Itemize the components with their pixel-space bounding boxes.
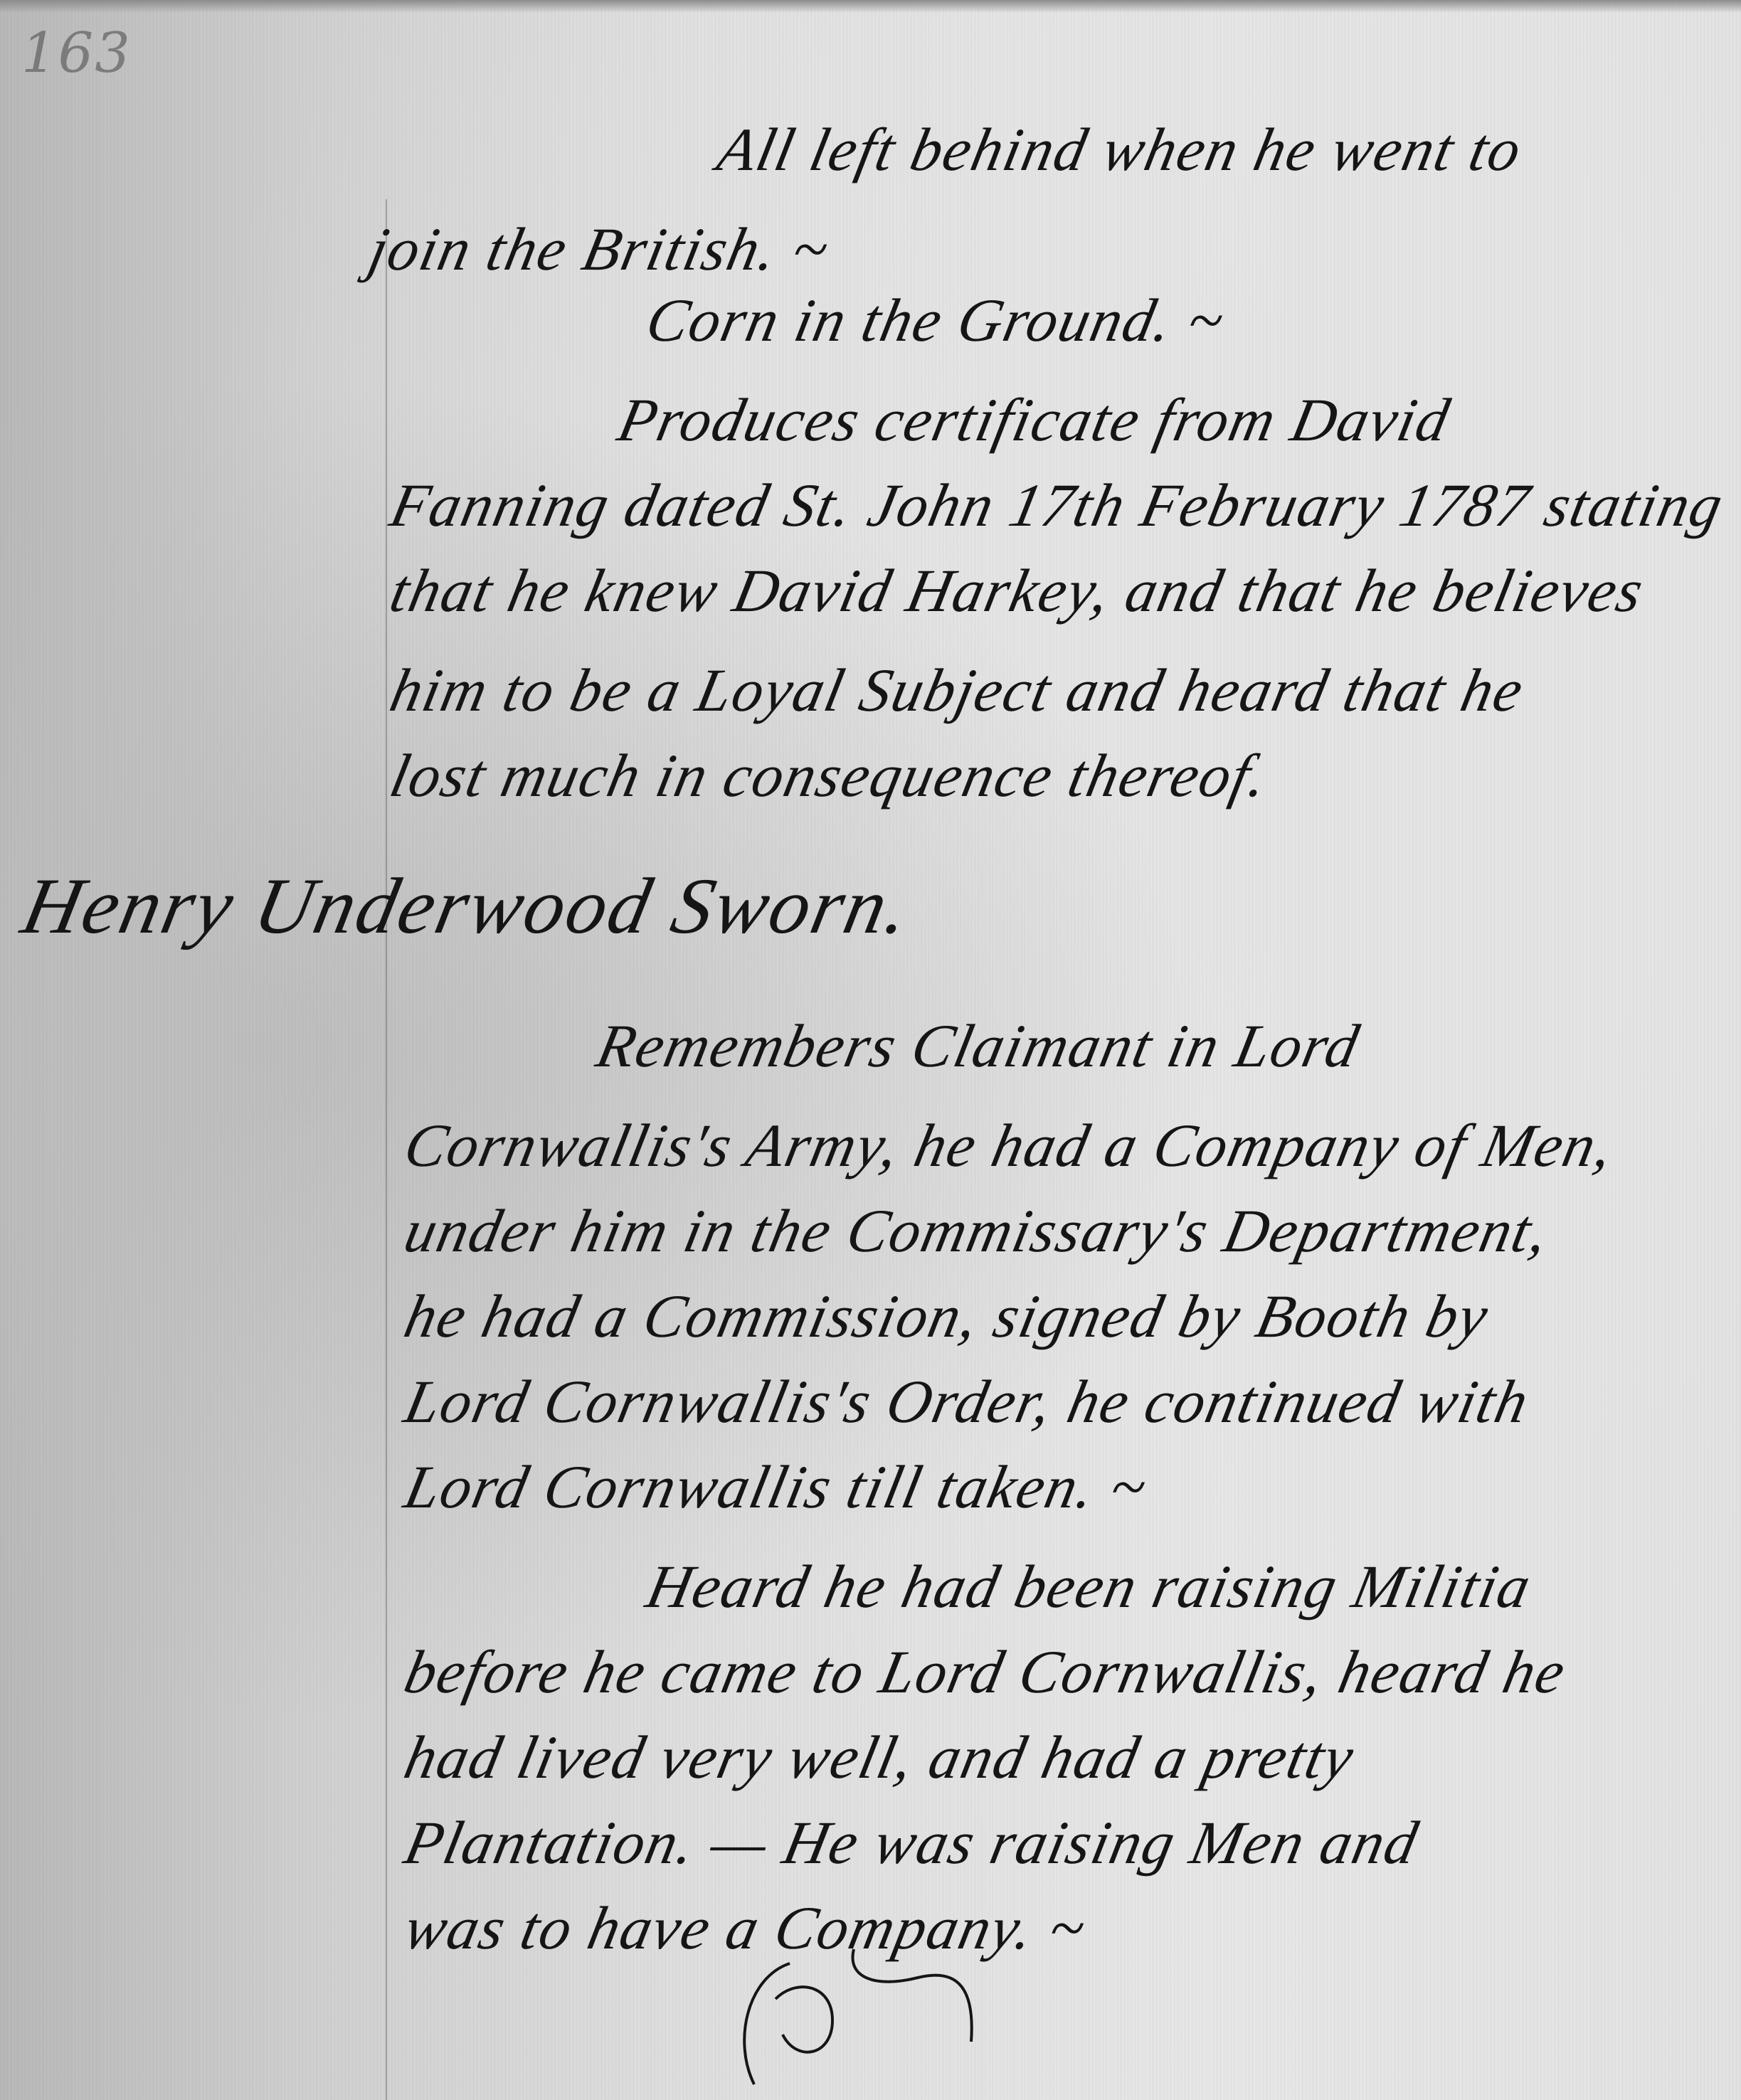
- page-top-edge: [0, 0, 1741, 13]
- testimony-line: had lived very well, and had a pretty: [398, 1722, 1361, 1793]
- testimony-line: Remembers Claimant in Lord: [591, 1010, 1366, 1081]
- page-number: 163: [21, 21, 132, 85]
- testimony-line: under him in the Commissary's Department…: [398, 1195, 1556, 1266]
- closing-flourish-icon: [733, 1935, 1103, 2099]
- testimony-line: he had a Commission, signed by Booth by: [398, 1280, 1496, 1352]
- entry-line: join the British. ~: [363, 213, 836, 285]
- entry-line: Produces certificate from David: [612, 384, 1456, 455]
- entry-line: Corn in the Ground. ~: [640, 285, 1231, 356]
- entry-line: him to be a Loyal Subject and heard that…: [384, 654, 1530, 726]
- testimony-line: Plantation. — He was raising Men and: [398, 1807, 1425, 1878]
- witness-heading: Henry Underwood Sworn.: [14, 861, 919, 953]
- testimony-line: Heard he had been raising Militia: [640, 1551, 1538, 1622]
- entry-line: Fanning dated St. John 17th February 178…: [384, 470, 1730, 541]
- testimony-line: Lord Cornwallis till taken. ~: [398, 1451, 1154, 1522]
- margin-rule: [386, 199, 387, 2100]
- entry-line: All left behind when he went to: [711, 114, 1529, 185]
- testimony-line: before he came to Lord Cornwallis, heard…: [398, 1636, 1572, 1707]
- entry-line: that he knew David Harkey, and that he b…: [384, 555, 1651, 626]
- testimony-line: Lord Cornwallis's Order, he continued wi…: [398, 1366, 1536, 1437]
- testimony-line: Cornwallis's Army, he had a Company of M…: [398, 1110, 1620, 1181]
- entry-line: lost much in consequence thereof.: [384, 740, 1275, 811]
